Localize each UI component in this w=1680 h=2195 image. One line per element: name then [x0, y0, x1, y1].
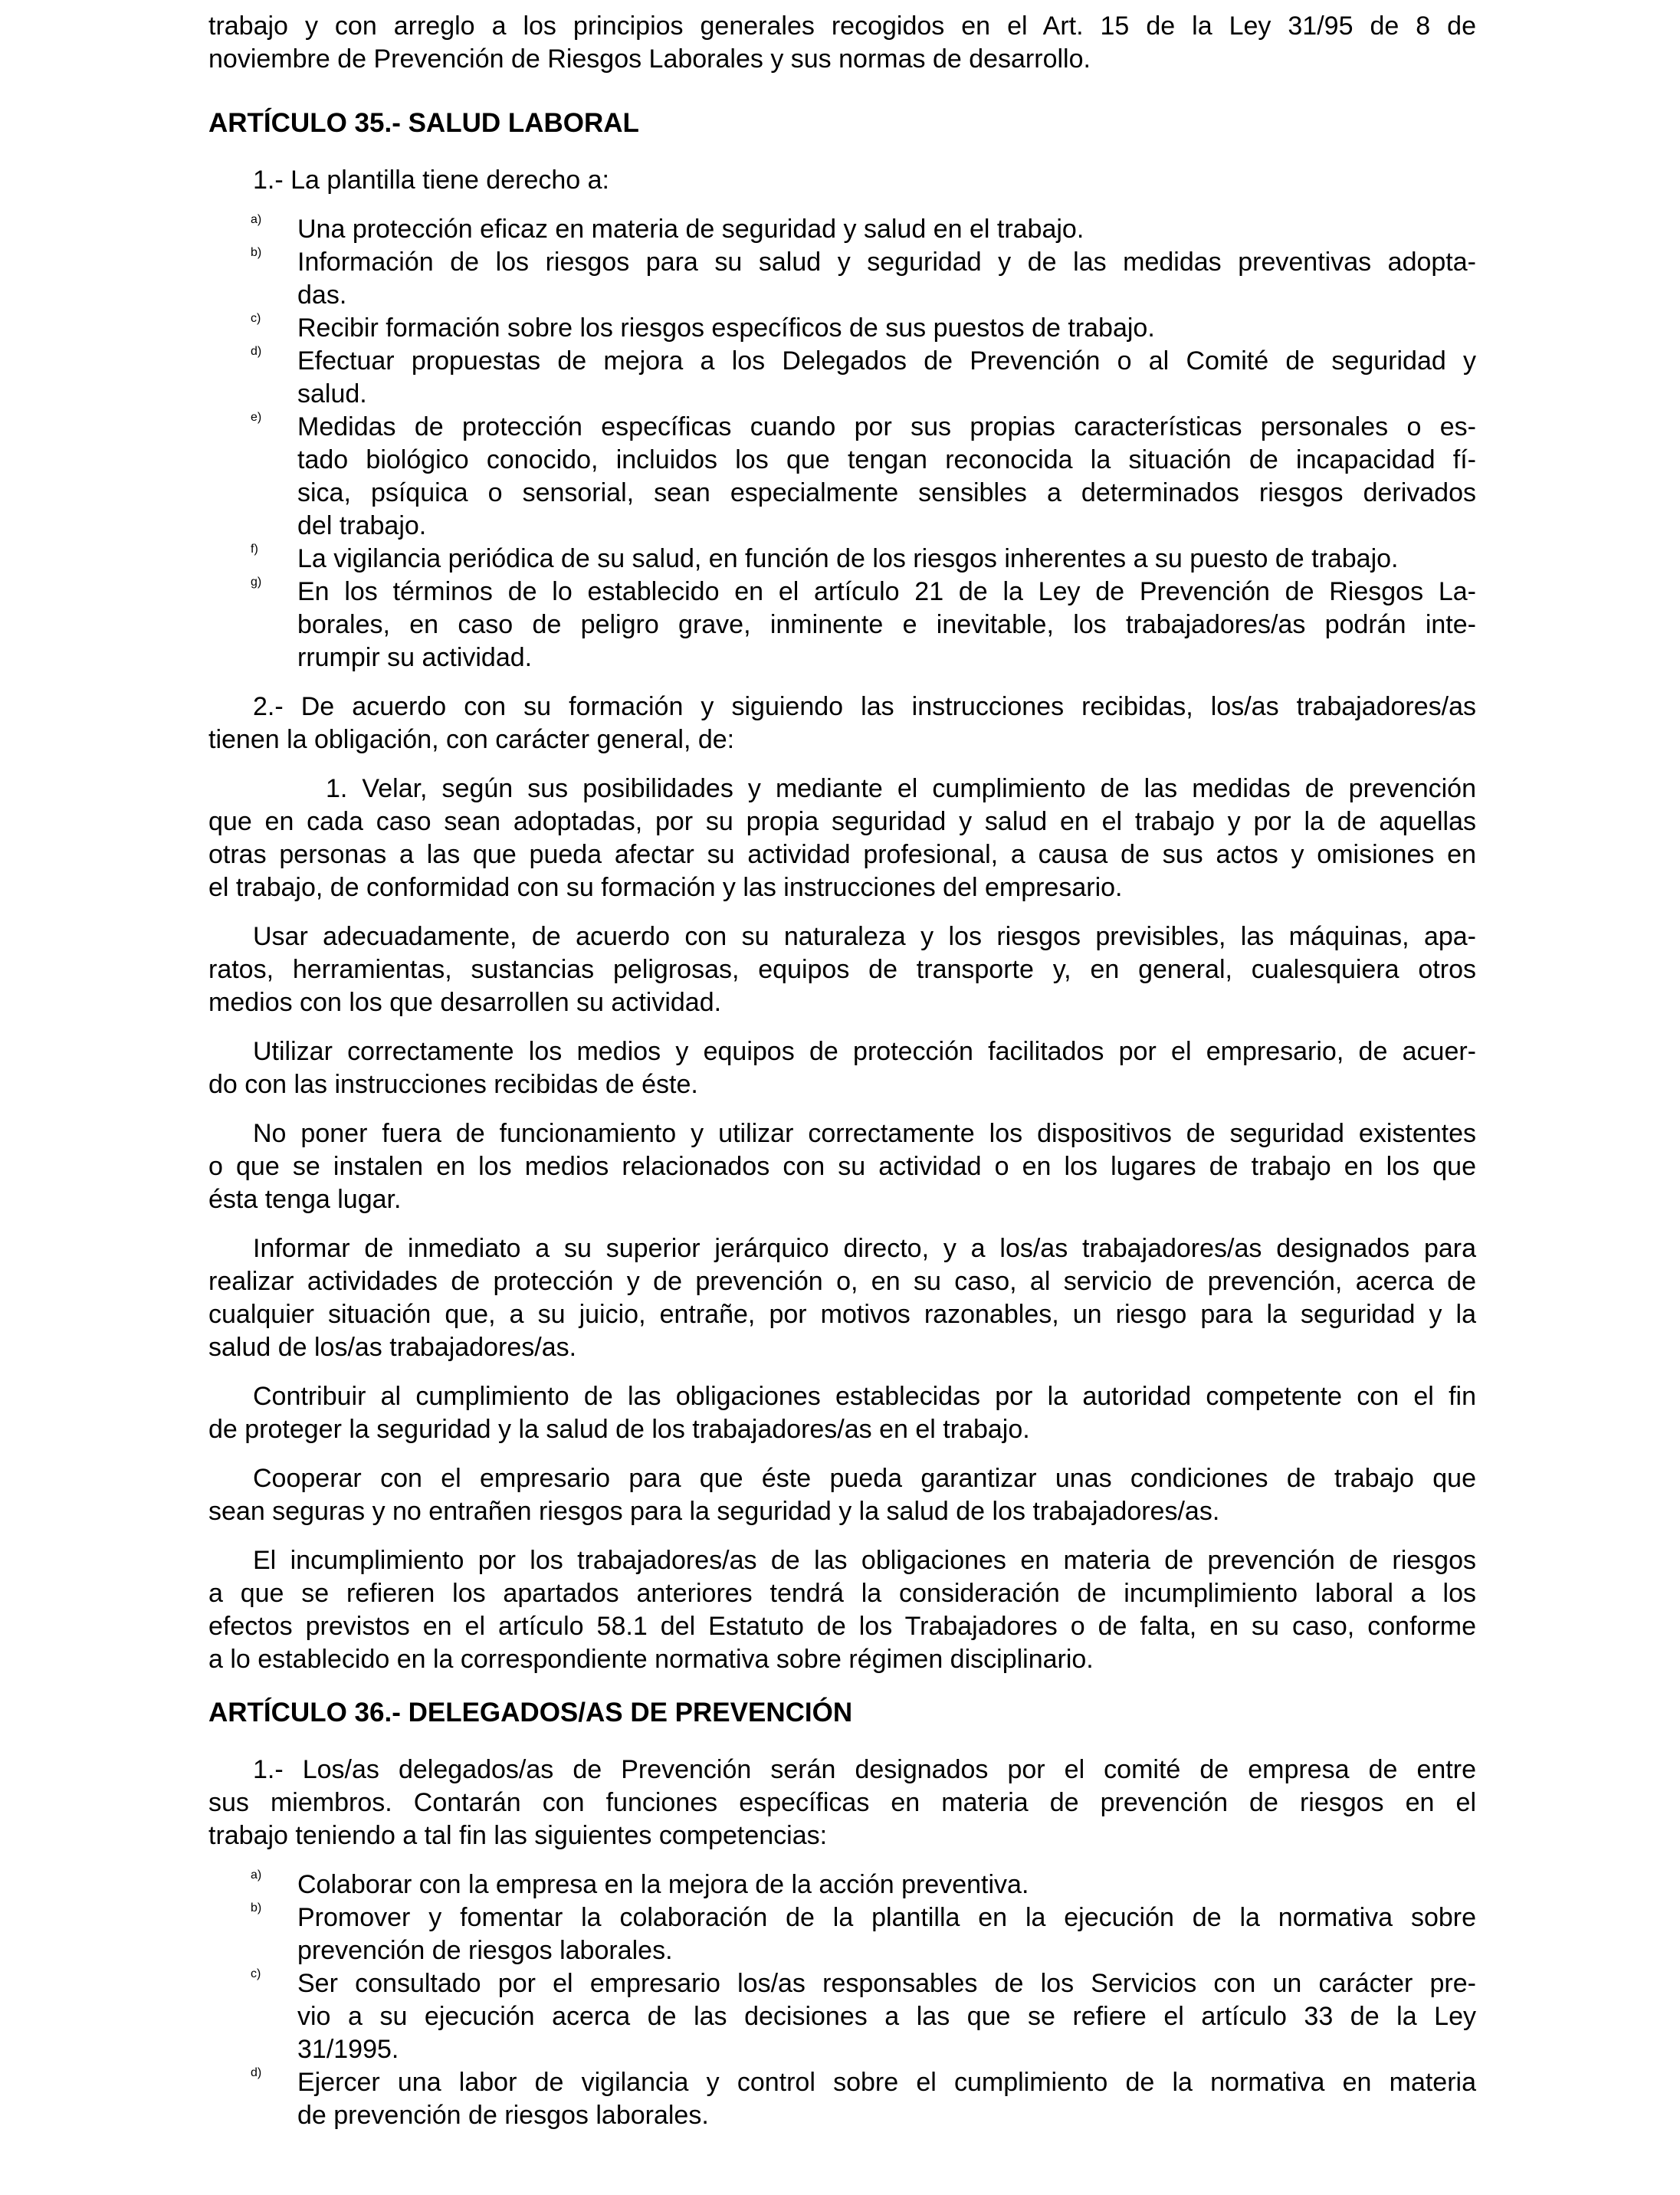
- text-line: Ejercer una labor de vigilancia y contro…: [297, 2066, 1476, 2099]
- text-line: Efectuar propuestas de mejora a los Dele…: [297, 345, 1476, 378]
- obligation-cooperar: Cooperar con el empresario para que éste…: [208, 1462, 1476, 1528]
- text-line: 1.- Los/as delegados/as de Prevención se…: [208, 1754, 1476, 1787]
- text-line: Ser consultado por el empresario los/as …: [297, 1967, 1476, 2000]
- text-line: tienen la obligación, con carácter gener…: [208, 723, 1476, 756]
- article-36-paragraph-1: 1.- Los/as delegados/as de Prevención se…: [208, 1754, 1476, 1852]
- list-item-text: La vigilancia periódica de su salud, en …: [297, 543, 1476, 576]
- list-item: a) Colaborar con la empresa en la mejora…: [208, 1869, 1476, 1901]
- list-item: c) Ser consultado por el empresario los/…: [208, 1967, 1476, 2066]
- text-line: a lo establecido en la correspondiente n…: [208, 1643, 1476, 1676]
- text-line: Información de los riesgos para su salud…: [297, 246, 1476, 279]
- list-marker: b): [251, 1901, 297, 1967]
- text-line: El incumplimiento por los trabajadores/a…: [208, 1544, 1476, 1577]
- list-item-text: En los términos de lo establecido en el …: [297, 576, 1476, 674]
- text-line: 31/1995.: [297, 2033, 1476, 2066]
- text-line: rrumpir su actividad.: [297, 641, 1476, 674]
- text-line: La vigilancia periódica de su salud, en …: [297, 543, 1476, 576]
- text-line: Cooperar con el empresario para que éste…: [208, 1462, 1476, 1495]
- list-item: c) Recibir formación sobre los riesgos e…: [208, 312, 1476, 345]
- list-marker: f): [251, 543, 297, 576]
- article-35-heading: ARTÍCULO 35.- SALUD LABORAL: [208, 107, 1476, 139]
- list-item-text: Promover y fomentar la colaboración de l…: [297, 1901, 1476, 1967]
- list-item-text: Colaborar con la empresa en la mejora de…: [297, 1869, 1476, 1901]
- text-line: Promover y fomentar la colaboración de l…: [297, 1901, 1476, 1934]
- list-marker: g): [251, 576, 297, 674]
- list-marker: a): [251, 1869, 297, 1901]
- list-marker: d): [251, 2066, 297, 2132]
- article-35-paragraph-1: 1.- La plantilla tiene derecho a:: [208, 164, 1476, 197]
- text-line: Utilizar correctamente los medios y equi…: [208, 1035, 1476, 1068]
- text-line: 1. Velar, según sus posibilidades y medi…: [208, 773, 1476, 805]
- text-line: trabajo y con arreglo a los principios g…: [208, 10, 1476, 43]
- obligation-no-poner: No poner fuera de funcionamiento y utili…: [208, 1117, 1476, 1216]
- list-item: b) Información de los riesgos para su sa…: [208, 246, 1476, 312]
- list-marker: c): [251, 312, 297, 345]
- text-line: sica, psíquica o sensorial, sean especia…: [297, 477, 1476, 510]
- article-36-competencies-list: a) Colaborar con la empresa en la mejora…: [208, 1869, 1476, 2132]
- list-item: a) Una protección eficaz en materia de s…: [208, 213, 1476, 246]
- list-item-text: Recibir formación sobre los riesgos espe…: [297, 312, 1476, 345]
- text-line: medios con los que desarrollen su activi…: [208, 986, 1476, 1019]
- text-line: realizar actividades de protección y de …: [208, 1265, 1476, 1298]
- text-line: el trabajo, de conformidad con su formac…: [208, 871, 1476, 904]
- text-line: tado biológico conocido, incluidos los q…: [297, 444, 1476, 477]
- text-line: ésta tenga lugar.: [208, 1183, 1476, 1216]
- text-line: sus miembros. Contarán con funciones esp…: [208, 1787, 1476, 1819]
- list-item: d) Ejercer una labor de vigilancia y con…: [208, 2066, 1476, 2132]
- text-line: vio a su ejecución acerca de las decisio…: [297, 2000, 1476, 2033]
- text-line: Colaborar con la empresa en la mejora de…: [297, 1869, 1476, 1901]
- text-line: salud de los/as trabajadores/as.: [208, 1331, 1476, 1364]
- text-line: sean seguras y no entrañen riesgos para …: [208, 1495, 1476, 1528]
- obligation-contribuir: Contribuir al cumplimiento de las obliga…: [208, 1380, 1476, 1446]
- list-item-text: Ser consultado por el empresario los/as …: [297, 1967, 1476, 2066]
- list-item: f) La vigilancia periódica de su salud, …: [208, 543, 1476, 576]
- article-35-rights-list: a) Una protección eficaz en materia de s…: [208, 213, 1476, 674]
- article-35-paragraph-2: 2.- De acuerdo con su formación y siguie…: [208, 691, 1476, 756]
- list-item: e) Medidas de protección específicas cua…: [208, 411, 1476, 543]
- text-line: Usar adecuadamente, de acuerdo con su na…: [208, 920, 1476, 953]
- obligation-informar: Informar de inmediato a su superior jerá…: [208, 1232, 1476, 1364]
- text-line: ratos, herramientas, sustancias peligros…: [208, 953, 1476, 986]
- text-line: borales, en caso de peligro grave, inmin…: [297, 609, 1476, 641]
- text-line: del trabajo.: [297, 510, 1476, 543]
- text-line: 1.- La plantilla tiene derecho a:: [208, 164, 1476, 197]
- text-line: efectos previstos en el artículo 58.1 de…: [208, 1610, 1476, 1643]
- obligation-usar: Usar adecuadamente, de acuerdo con su na…: [208, 920, 1476, 1019]
- text-line: Una protección eficaz en materia de segu…: [297, 213, 1476, 246]
- text-line: que en cada caso sean adoptadas, por su …: [208, 805, 1476, 838]
- list-marker: d): [251, 345, 297, 411]
- list-item-text: Ejercer una labor de vigilancia y contro…: [297, 2066, 1476, 2132]
- text-line: Informar de inmediato a su superior jerá…: [208, 1232, 1476, 1265]
- text-line: do con las instrucciones recibidas de és…: [208, 1068, 1476, 1101]
- list-item-text: Medidas de protección específicas cuando…: [297, 411, 1476, 543]
- document-page: trabajo y con arreglo a los principios g…: [0, 0, 1680, 2195]
- list-marker: e): [251, 411, 297, 543]
- text-line: das.: [297, 279, 1476, 312]
- text-line: de prevención de riesgos laborales.: [297, 2099, 1476, 2132]
- text-line: 2.- De acuerdo con su formación y siguie…: [208, 691, 1476, 723]
- text-line: En los términos de lo establecido en el …: [297, 576, 1476, 609]
- text-line: trabajo teniendo a tal fin las siguiente…: [208, 1819, 1476, 1852]
- text-line: o que se instalen en los medios relacion…: [208, 1150, 1476, 1183]
- text-line: de proteger la seguridad y la salud de l…: [208, 1413, 1476, 1446]
- text-line: Recibir formación sobre los riesgos espe…: [297, 312, 1476, 345]
- text-line: prevención de riesgos laborales.: [297, 1934, 1476, 1967]
- text-line: No poner fuera de funcionamiento y utili…: [208, 1117, 1476, 1150]
- text-line: noviembre de Prevención de Riesgos Labor…: [208, 43, 1476, 76]
- text-line: cualquier situación que, a su juicio, en…: [208, 1298, 1476, 1331]
- text-line: Contribuir al cumplimiento de las obliga…: [208, 1380, 1476, 1413]
- article-36-heading: ARTÍCULO 36.- DELEGADOS/AS DE PREVENCIÓN: [208, 1696, 1476, 1729]
- list-item-text: Efectuar propuestas de mejora a los Dele…: [297, 345, 1476, 411]
- list-item-text: Información de los riesgos para su salud…: [297, 246, 1476, 312]
- text-line: salud.: [297, 378, 1476, 411]
- list-marker: b): [251, 246, 297, 312]
- list-item-text: Una protección eficaz en materia de segu…: [297, 213, 1476, 246]
- text-line: Medidas de protección específicas cuando…: [297, 411, 1476, 444]
- intro-paragraph: trabajo y con arreglo a los principios g…: [208, 10, 1476, 76]
- list-item: b) Promover y fomentar la colaboración d…: [208, 1901, 1476, 1967]
- obligation-velar: 1. Velar, según sus posibilidades y medi…: [208, 773, 1476, 904]
- text-line: otras personas a las que pueda afectar s…: [208, 838, 1476, 871]
- obligation-utilizar: Utilizar correctamente los medios y equi…: [208, 1035, 1476, 1101]
- list-marker: c): [251, 1967, 297, 2066]
- list-item: d) Efectuar propuestas de mejora a los D…: [208, 345, 1476, 411]
- paragraph-incumplimiento: El incumplimiento por los trabajadores/a…: [208, 1544, 1476, 1676]
- text-line: a que se refieren los apartados anterior…: [208, 1577, 1476, 1610]
- list-marker: a): [251, 213, 297, 246]
- list-item: g) En los términos de lo establecido en …: [208, 576, 1476, 674]
